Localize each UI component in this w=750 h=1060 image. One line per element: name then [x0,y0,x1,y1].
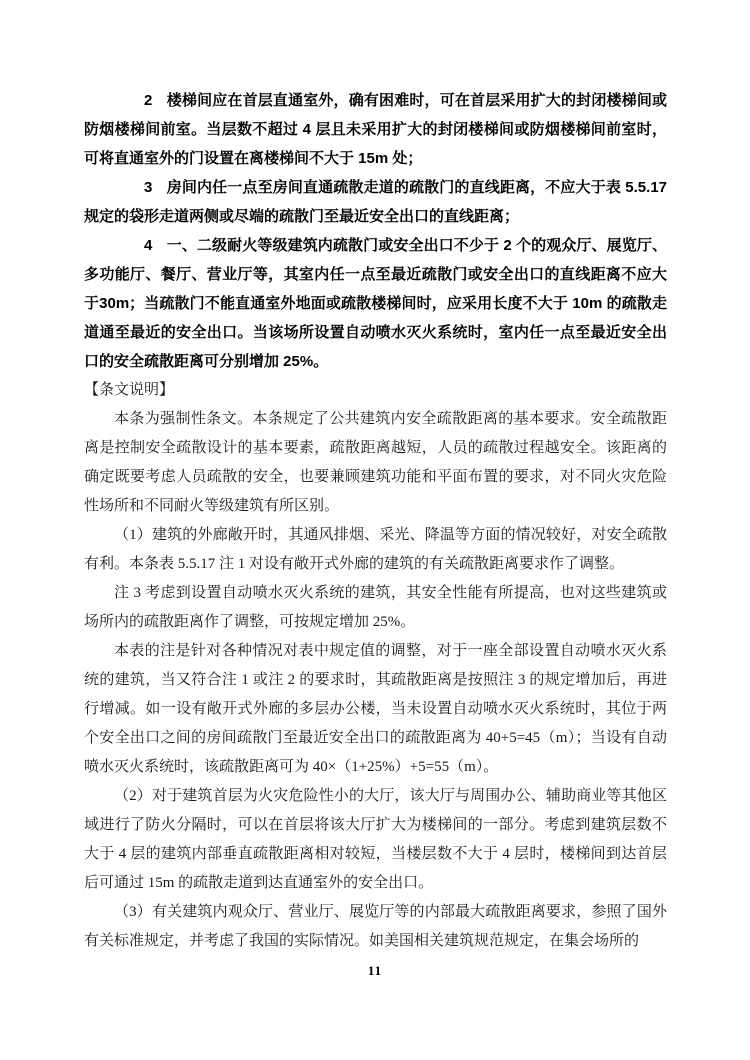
page-content: 2楼梯间应在首层直通室外，确有困难时，可在首层采用扩大的封闭楼梯间或防烟楼梯间前… [84,86,667,956]
commentary-paragraph: 注 3 考虑到设置自动喷水灭火系统的建筑，其安全性能有所提高，也对这些建筑或场所… [84,579,667,637]
provision-item-4: 4一、二级耐火等级建筑内疏散门或安全出口不少于 2 个的观众厅、展览厅、多功能厅… [84,231,667,376]
provision-item-2: 2楼梯间应在首层直通室外，确有困难时，可在首层采用扩大的封闭楼梯间或防烟楼梯间前… [84,86,667,173]
provision-number: 2 [114,86,152,115]
provision-text: 房间内任一点至房间直通疏散走道的疏散门的直线距离，不应大于表 5.5.17 规定… [84,179,667,225]
page-number: 11 [0,963,750,979]
provision-text: 楼梯间应在首层直通室外，确有困难时，可在首层采用扩大的封闭楼梯间或防烟楼梯间前室… [84,92,667,167]
commentary-paragraph: （2）对于建筑首层为火灾危险性小的大厅，该大厅与周围办公、辅助商业等其他区域进行… [84,782,667,898]
provision-text: 一、二级耐火等级建筑内疏散门或安全出口不少于 2 个的观众厅、展览厅、多功能厅、… [84,237,667,370]
provision-number: 4 [114,231,152,260]
commentary-paragraph: （1）建筑的外廊敞开时，其通风排烟、采光、降温等方面的情况较好，对安全疏散有利。… [84,521,667,579]
document-page: 2楼梯间应在首层直通室外，确有困难时，可在首层采用扩大的封闭楼梯间或防烟楼梯间前… [0,0,750,1060]
provision-number: 3 [114,173,152,202]
commentary-paragraph: 本表的注是针对各种情况对表中规定值的调整，对于一座全部设置自动喷水灭火系统的建筑… [84,637,667,782]
commentary-paragraph: 本条为强制性条文。本条规定了公共建筑内安全疏散距离的基本要求。安全疏散距离是控制… [84,405,667,521]
commentary-paragraph: （3）有关建筑内观众厅、营业厅、展览厅等的内部最大疏散距离要求，参照了国外有关标… [84,898,667,956]
commentary-section-label: 【条文说明】 [84,376,667,405]
provision-item-3: 3房间内任一点至房间直通疏散走道的疏散门的直线距离，不应大于表 5.5.17 规… [84,173,667,231]
commentary-section: 【条文说明】 本条为强制性条文。本条规定了公共建筑内安全疏散距离的基本要求。安全… [84,376,667,956]
